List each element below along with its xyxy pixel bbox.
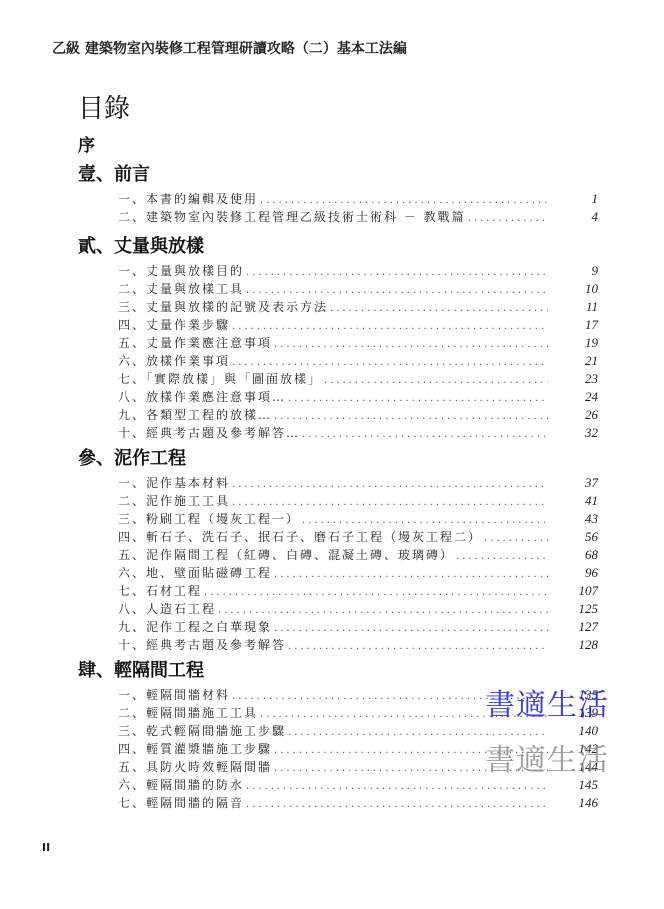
toc-entry-label: 六、放樣作業事項 [118,352,232,370]
toc-entry-label: 三、粉刷工程（墁灰工程一） [118,510,302,528]
page-number: II [42,841,50,854]
toc-entry-label: 一、泥作基本材料 [118,474,232,492]
toc-entry-page: 10 [556,280,598,298]
dot-leader [468,210,548,228]
toc-entry-label: 七、輕隔間牆的隔音 [118,794,246,812]
toc-entry-label: 八、放樣作業應注意事項… [118,388,288,406]
toc-entry-page: 139 [556,704,598,722]
toc-entry-page: 26 [556,406,598,424]
toc-entry-label: 十、經典考古題及參考解答… [118,424,302,442]
toc-entry-page: 128 [556,636,598,654]
toc-entry[interactable]: 五、泥作隔間工程（紅磚、白磚、混凝土磚、玻璃磚） 68 [78,546,598,564]
toc-entry[interactable]: 十、經典考古題及參考解答… 32 [78,424,598,442]
toc-entry[interactable]: 八、放樣作業應注意事項… 24 [78,388,598,406]
toc-entry[interactable]: 九、泥作工程之白華現象 127 [78,618,598,636]
toc-entry-page: 43 [556,510,598,528]
running-header: 乙級 建築物室內裝修工程管理研讀攻略（二）基本工法編 [52,38,407,58]
toc-entry-page: 145 [556,776,598,794]
toc-entry-label: 六、輕隔間牆的防水 [118,776,246,794]
toc-entry-page: 127 [556,618,598,636]
toc-entry-label: 一、丈量與放樣目的 [118,262,246,280]
toc-entry[interactable]: 六、輕隔間牆的防水 145 [78,776,598,794]
toc-entry[interactable]: 二、泥作施工工具 41 [78,492,598,510]
toc-entry-page: 142 [556,740,598,758]
dot-leader [302,426,548,444]
toc-entry[interactable]: 一、丈量與放樣目的 9 [78,262,598,280]
toc-entry[interactable]: 七、輕隔間牆的隔音 146 [78,794,598,812]
toc-entry-label: 三、乾式輕隔間牆施工步驟 [118,722,288,740]
toc-entry[interactable]: 一、輕隔間牆材料 135 [78,686,598,704]
toc-section-intro: 壹、前言 一、本書的編輯及使用 1 二、建築物室內裝修工程管理乙級技術士術科 －… [78,162,598,226]
toc-entry-label: 六、地、壁面貼磁磚工程 [118,564,274,582]
section-title: 貳、丈量與放樣 [78,234,598,260]
toc-section-masonry: 參、泥作工程 一、泥作基本材料 37 二、泥作施工工具 41 三、粉刷工程（墁灰… [78,446,598,654]
toc-entry[interactable]: 六、地、壁面貼磁磚工程 96 [78,564,598,582]
toc-entry[interactable]: 二、建築物室內裝修工程管理乙級技術士術科 － 教戰篇 4 [78,208,598,226]
toc-entry-page: 125 [556,600,598,618]
dot-leader [246,796,548,814]
toc-entry-label: 四、丈量作業步驟 [118,316,232,334]
toc-entry[interactable]: 九、各類型工程的放樣… 26 [78,406,598,424]
toc-entry-page: 96 [556,564,598,582]
section-title: 壹、前言 [78,162,598,188]
toc-entry-page: 107 [556,582,598,600]
toc-entry-label: 十、經典考古題及參考解答 [118,636,288,654]
toc-entry-page: 135 [556,686,598,704]
toc-entry-page: 19 [556,334,598,352]
toc-entry-page: 37 [556,474,598,492]
toc-entry[interactable]: 五、具防火時效輕隔間牆 144 [78,758,598,776]
toc-entry-label: 七、石材工程 [118,582,204,600]
toc-entry[interactable]: 三、粉刷工程（墁灰工程一） 43 [78,510,598,528]
toc-entry-label: 五、具防火時效輕隔間牆 [118,758,274,776]
toc-entry-page: 41 [556,492,598,510]
toc-entry-label: 二、泥作施工工具 [118,492,232,510]
toc-entry[interactable]: 四、輕質灌漿牆施工步驟 142 [78,740,598,758]
toc-entry[interactable]: 四、丈量作業步驟 17 [78,316,598,334]
toc-entry-page: 146 [556,794,598,812]
toc-entry[interactable]: 五、丈量作業應注意事項 19 [78,334,598,352]
toc-entry-label: 四、輕質灌漿牆施工步驟 [118,740,274,758]
toc-entry-label: 四、斬石子、洗石子、抿石子、磨石子工程（墁灰工程二） [118,528,484,546]
dot-leader [288,638,548,656]
toc-entry[interactable]: 一、泥作基本材料 37 [78,474,598,492]
toc-entry[interactable]: 二、輕隔間牆施工工具 139 [78,704,598,722]
toc-entry-page: 11 [556,298,598,316]
toc-entry[interactable]: 十、經典考古題及參考解答 128 [78,636,598,654]
toc-entry-page: 4 [556,208,598,226]
toc-entry-page: 24 [556,388,598,406]
toc-entry[interactable]: 七、「實際放樣」與「圖面放樣」 23 [78,370,598,388]
toc-entry-page: 21 [556,352,598,370]
toc-entry-label: 八、人造石工程 [118,600,218,618]
toc-entry-page: 140 [556,722,598,740]
section-title: 參、泥作工程 [78,446,598,472]
toc-entry[interactable]: 一、本書的編輯及使用 1 [78,190,598,208]
toc-entry-label: 三、丈量與放樣的記號及表示方法 [118,298,330,316]
toc-entry-label: 二、建築物室內裝修工程管理乙級技術士術科 － 教戰篇 [118,208,468,226]
toc-entry-page: 32 [556,424,598,442]
section-title: 肆、輕隔間工程 [78,658,598,684]
toc-entry-label: 五、泥作隔間工程（紅磚、白磚、混凝土磚、玻璃磚） [118,546,456,564]
toc-entry-label: 一、本書的編輯及使用 [118,190,260,208]
toc-entry-page: 23 [556,370,598,388]
toc-entry-label: 一、輕隔間牆材料 [118,686,232,704]
toc-entry[interactable]: 三、丈量與放樣的記號及表示方法 11 [78,298,598,316]
toc-entry-page: 1 [556,190,598,208]
toc-section-partition: 肆、輕隔間工程 一、輕隔間牆材料 135 二、輕隔間牆施工工具 139 三、乾式… [78,658,598,812]
toc-entry[interactable]: 七、石材工程 107 [78,582,598,600]
toc-entry[interactable]: 四、斬石子、洗石子、抿石子、磨石子工程（墁灰工程二） 56 [78,528,598,546]
toc-entry-page: 9 [556,262,598,280]
toc-entry-label: 二、輕隔間牆施工工具 [118,704,260,722]
page-title: 目錄 [78,88,130,125]
toc-entry-label: 九、各類型工程的放樣… [118,406,274,424]
toc-entry-label: 九、泥作工程之白華現象 [118,618,274,636]
toc-preface-heading: 序 [78,131,95,156]
toc-entry-label: 七、「實際放樣」與「圖面放樣」 [118,370,324,388]
toc-entry[interactable]: 二、丈量與放樣工具 10 [78,280,598,298]
toc-entry[interactable]: 八、人造石工程 125 [78,600,598,618]
toc-entry-page: 56 [556,528,598,546]
toc-entry-page: 144 [556,758,598,776]
toc-entry[interactable]: 三、乾式輕隔間牆施工步驟 140 [78,722,598,740]
toc-entry[interactable]: 六、放樣作業事項 21 [78,352,598,370]
toc-entry-page: 17 [556,316,598,334]
toc-section-measurement: 貳、丈量與放樣 一、丈量與放樣目的 9 二、丈量與放樣工具 10 三、丈量與放樣… [78,234,598,442]
toc-entry-page: 68 [556,546,598,564]
toc-entry-label: 五、丈量作業應注意事項 [118,334,274,352]
toc-entry-label: 二、丈量與放樣工具 [118,280,246,298]
